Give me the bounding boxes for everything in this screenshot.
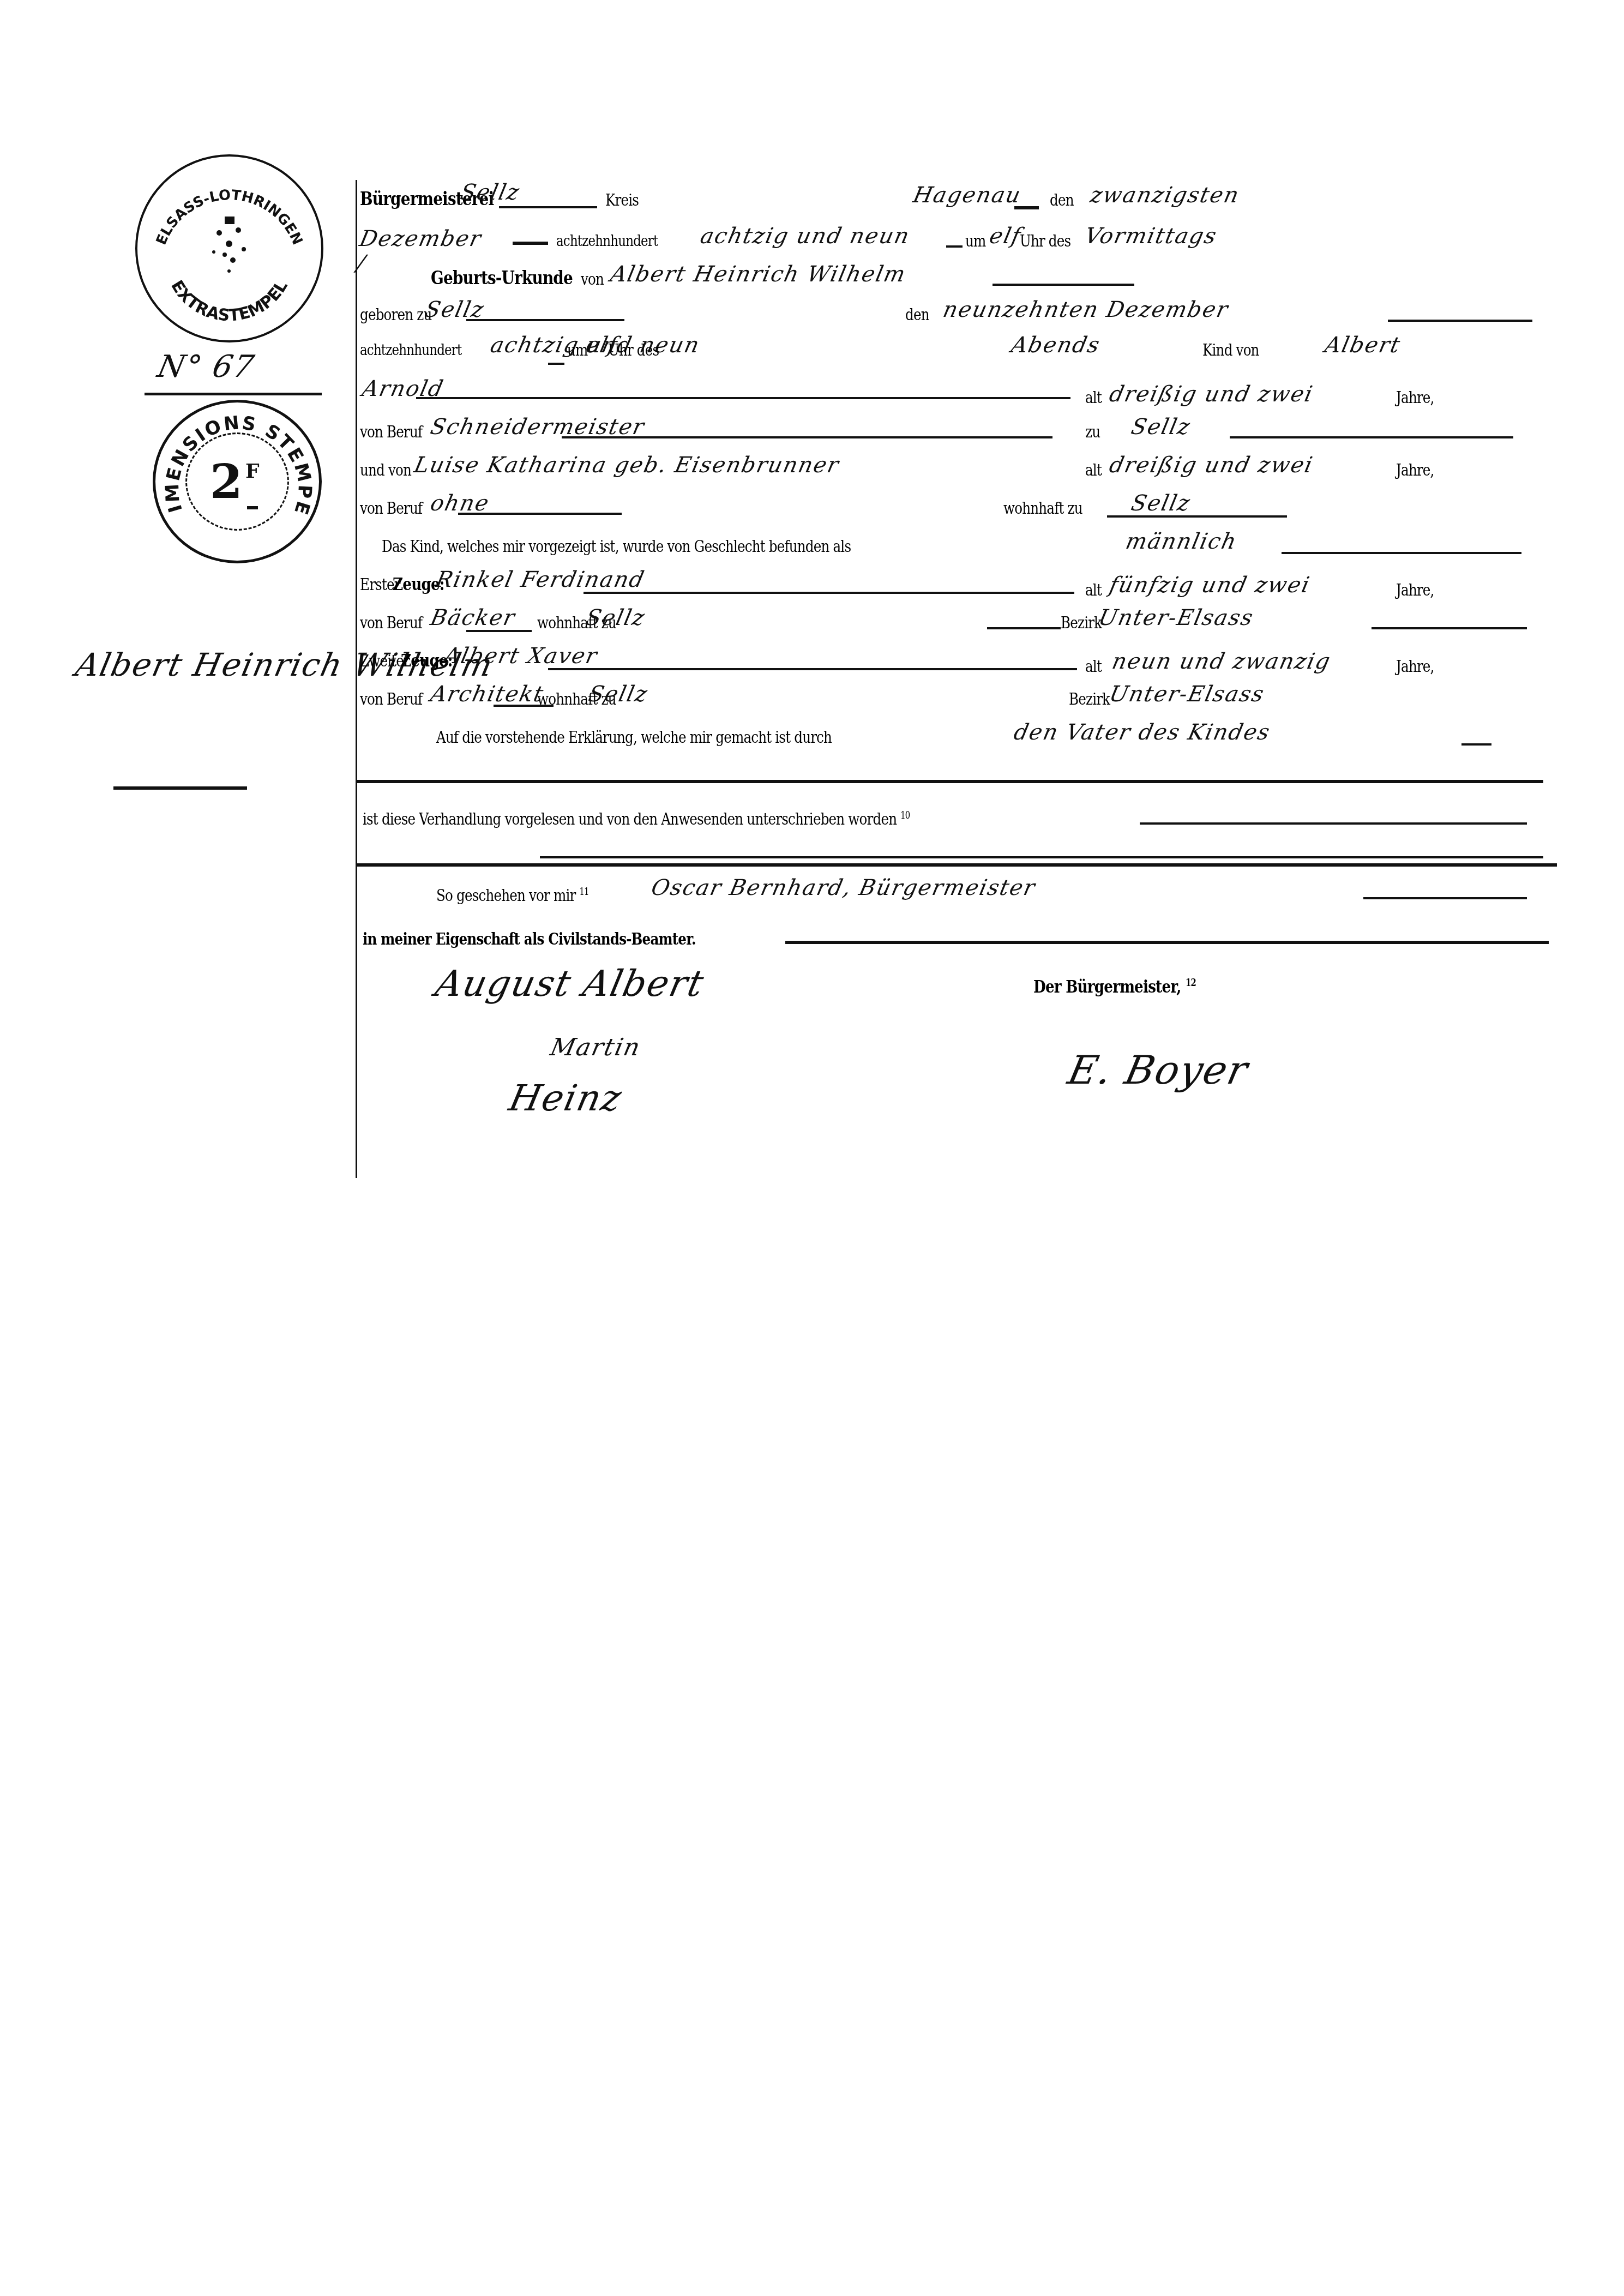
fill-line — [466, 630, 532, 632]
fill-line — [499, 206, 597, 208]
value-mother-name: Luise Katharina geb. Eisenbrunner — [412, 453, 842, 478]
fill-line — [1461, 743, 1491, 746]
value-year: achtzig und neun — [698, 224, 912, 249]
value-month: Dezember — [357, 226, 484, 251]
fill-line — [1140, 822, 1527, 825]
record-number: N° 67 — [154, 349, 258, 384]
fill-line — [548, 363, 564, 365]
value-declarant: den Vater des Kindes — [1012, 720, 1273, 745]
capacity-statement: in meiner Eigenschaft als Civilstands-Be… — [363, 930, 696, 949]
birth-certificate-page: ELSASS-LOTHRINGEN EXTRASTEMPEL N° 67 DIM… — [0, 0, 1624, 2296]
fill-line — [466, 319, 624, 321]
label-uhr-2: Uhr des — [608, 341, 659, 360]
label-um: um — [965, 232, 986, 251]
value-mother-age: dreißig und zwei — [1107, 453, 1315, 478]
value-father-zu: Sellz — [1129, 414, 1193, 440]
value-witness2-wohnhaft: Sellz — [586, 682, 651, 707]
value-witness2-beruf: Architekt — [428, 682, 546, 707]
label-zu: zu — [1085, 423, 1100, 442]
extrastempel-stamp: ELSASS-LOTHRINGEN EXTRASTEMPEL — [135, 154, 323, 342]
value-den-day: zwanzigsten — [1088, 183, 1242, 208]
value-witness2-name: Albert Xaver — [442, 644, 600, 669]
label-jahre-witness1: Jahre, — [1396, 581, 1434, 600]
label-von-beruf-mother: von Beruf — [360, 499, 422, 518]
label-year: achtzehnhundert — [556, 232, 658, 250]
margin-rule — [356, 180, 357, 1178]
label-von-beruf-father: von Beruf — [360, 423, 422, 442]
value-child-name: Albert Heinrich Wilhelm — [608, 262, 909, 287]
label-alt-mother: alt — [1085, 461, 1102, 480]
eagle-emblem-icon: ELSASS-LOTHRINGEN EXTRASTEMPEL — [137, 157, 321, 340]
value-birth-date: neunzehnten Dezember — [941, 297, 1231, 322]
value-witness1-age: fünfzig und zwei — [1107, 573, 1313, 598]
label-uhr: Uhr des — [1020, 232, 1070, 251]
fill-line — [416, 397, 1070, 399]
signature-mayor: E. Boyer — [1064, 1047, 1253, 1093]
section-rule — [357, 863, 1557, 867]
child-sex-statement: Das Kind, welches mir vorgezeigt ist, wu… — [382, 537, 851, 556]
value-daytime-2: Abends — [1009, 333, 1103, 358]
value-buergermeisterei: Sellz — [458, 180, 522, 205]
value-official-name: Oscar Bernhard, Bürgermeister — [649, 875, 1038, 900]
label-kreis: Kreis — [605, 191, 639, 210]
label-jahre-mother: Jahre, — [1396, 461, 1434, 480]
label-jahre-father: Jahre, — [1396, 388, 1434, 407]
margin-note-underline — [113, 786, 247, 790]
fill-line — [993, 284, 1134, 286]
fill-line — [1372, 627, 1527, 629]
value-child-sex: männlich — [1123, 529, 1240, 554]
value-father-age: dreißig und zwei — [1107, 382, 1315, 407]
value-witness1-wohnhaft: Sellz — [584, 605, 648, 630]
fill-line — [1230, 436, 1513, 438]
so-geschehen-statement: So geschehen vor mir 11 — [436, 886, 589, 905]
value-hour: elf — [987, 224, 1024, 249]
label-und-von: und von — [360, 461, 411, 480]
fill-line — [1107, 515, 1287, 518]
fill-line — [987, 627, 1061, 629]
signature-declarant: August Albert — [432, 963, 708, 1005]
fill-line — [785, 941, 1549, 944]
value-mother-wohnhaft: Sellz — [1129, 491, 1193, 516]
value-witness2-bezirk: Unter-Elsass — [1107, 682, 1267, 707]
label-von-beruf-witness2: von Beruf — [360, 690, 422, 709]
label-bezirk-witness1: Bezirk — [1061, 614, 1102, 633]
value-kreis: Hagenau — [911, 183, 1024, 208]
value-daytime: Vormittags — [1082, 224, 1219, 249]
fill-line — [540, 856, 1543, 858]
fill-line — [1363, 897, 1527, 899]
declaration-statement: Auf die vorstehende Erklärung, welche mi… — [436, 728, 832, 747]
svg-text:EXTRASTEMPEL: EXTRASTEMPEL — [167, 277, 292, 325]
value-father-first: Albert — [1322, 333, 1403, 358]
label-year-2: achtzehnhundert — [360, 341, 461, 359]
value-witness1-beruf: Bäcker — [428, 605, 518, 630]
fill-line — [562, 436, 1052, 438]
dimensions-stempel-stamp: DIMENSIONS STEMPEL 2 F — [153, 400, 322, 563]
signature-witness2: Heinz — [506, 1077, 626, 1119]
label-bezirk-witness2: Bezirk — [1069, 690, 1110, 709]
label-geboren-zu: geboren zu — [360, 305, 431, 324]
fill-line — [548, 668, 1077, 670]
mayor-label: Der Bürgermeister, 12 — [1033, 976, 1196, 997]
fill-line — [513, 242, 548, 245]
signature-witness1: Martin — [548, 1033, 643, 1061]
label-von: von — [581, 270, 604, 289]
fill-line — [1014, 206, 1039, 209]
read-statement: ist diese Verhandlung vorgelesen und von… — [363, 810, 910, 829]
fill-line — [1282, 552, 1521, 554]
value-witness1-bezirk: Unter-Elsass — [1096, 605, 1256, 630]
label-alt-witness1: alt — [1085, 581, 1102, 600]
fill-line — [1388, 320, 1532, 322]
label-kind-von: Kind von — [1202, 341, 1259, 360]
value-witness1-name: Rinkel Ferdinand — [434, 567, 647, 592]
label-geburts-urkunde: Geburts-Urkunde — [431, 267, 573, 289]
label-den-2: den — [905, 305, 929, 324]
fill-line — [584, 592, 1074, 594]
stamp-value: 2 — [210, 454, 243, 509]
value-witness2-age: neun und zwanzig — [1110, 649, 1333, 674]
record-number-underline — [145, 393, 322, 395]
label-alt-father: alt — [1085, 388, 1102, 407]
fill-line — [458, 513, 622, 515]
fill-line — [946, 245, 963, 248]
stamp-unit: F — [245, 460, 260, 483]
label-alt-witness2: alt — [1085, 657, 1102, 676]
section-rule — [357, 780, 1543, 783]
label-jahre-witness2: Jahre, — [1396, 657, 1434, 676]
label-wohnhaft-mother: wohnhaft zu — [1003, 499, 1082, 518]
label-von-beruf-witness1: von Beruf — [360, 614, 422, 633]
label-den: den — [1050, 191, 1074, 210]
